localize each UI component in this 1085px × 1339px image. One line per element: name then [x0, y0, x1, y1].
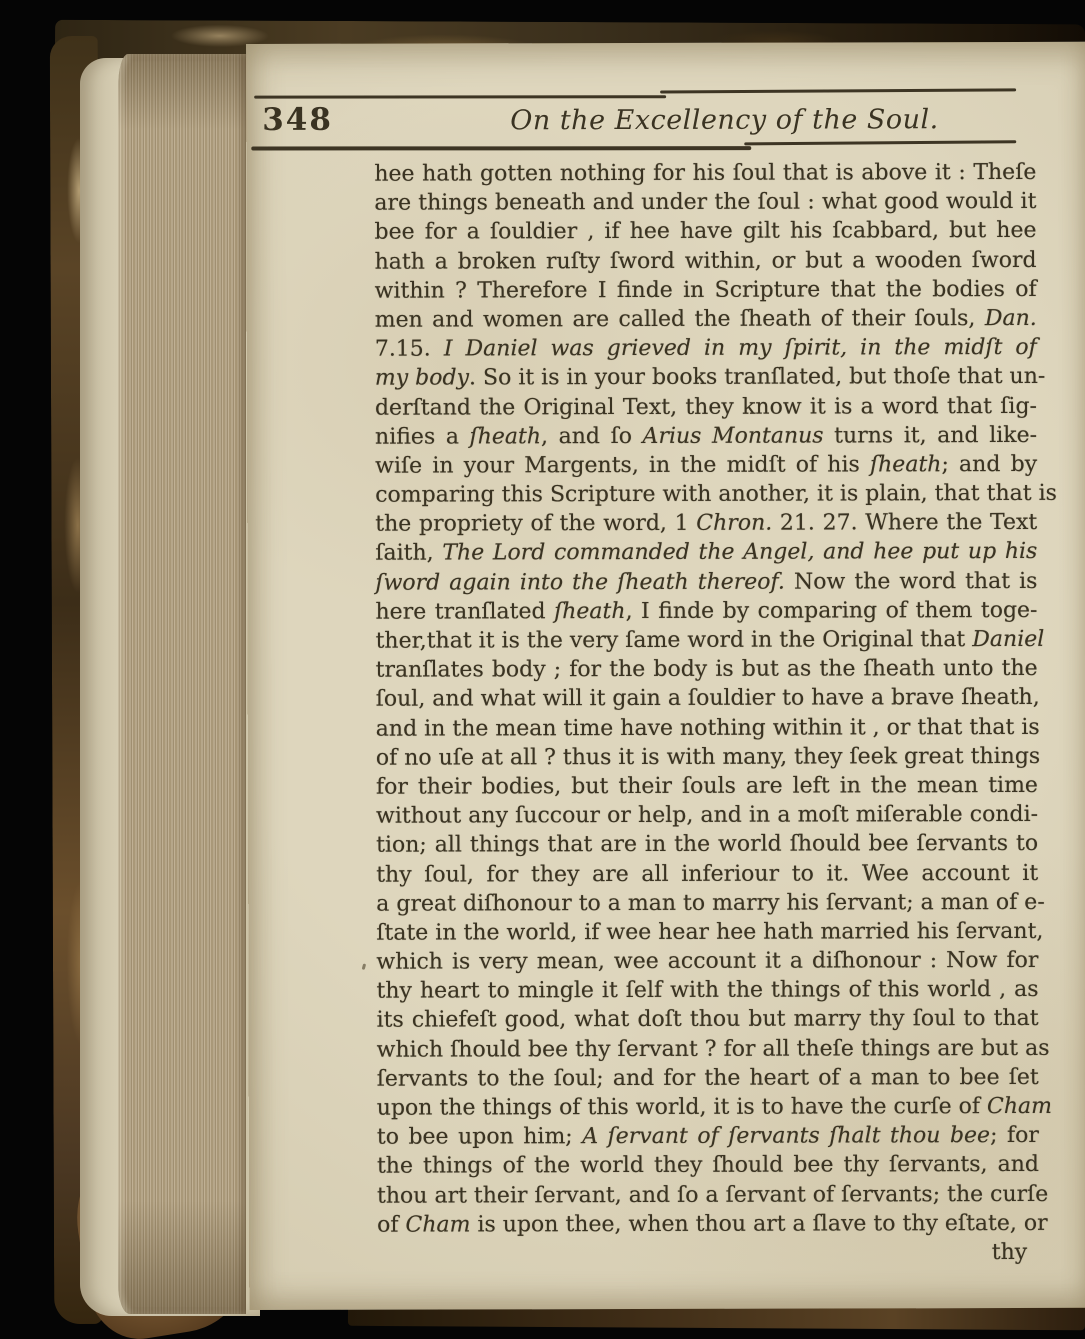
text-line: upon the things of this world, it is to …	[377, 1092, 1039, 1123]
text-line: are things beneath and under the ſoul : …	[374, 187, 1036, 218]
text-line: 7.15. I Daniel was grieved in my ſpirit,…	[375, 333, 1037, 364]
text-line: hath a broken ruſty ſword within, or but…	[375, 245, 1037, 276]
text-line: hee hath gotten nothing for his ſoul tha…	[374, 158, 1036, 189]
text-line: my body. So it is in your books tranſlat…	[375, 362, 1037, 393]
text-line: a great diſhonour to a man to marry his …	[376, 888, 1038, 919]
page-stack-fore-edge	[118, 54, 246, 1314]
text-line: and in the mean time have nothing within…	[376, 712, 1038, 743]
page-number: 348	[262, 102, 333, 138]
text-line: tranſlates body ; for the body is but as…	[376, 654, 1038, 685]
text-line: men and women are called the ſheath of t…	[375, 304, 1037, 335]
text-line: for their bodies, but their ſouls are le…	[376, 771, 1038, 802]
text-line: the propriety of the word, 1 Chron. 21. …	[375, 508, 1037, 539]
text-line: thy heart to mingle it ſelf with the thi…	[376, 975, 1038, 1006]
text-line: ſaith, The Lord commanded the Angel, and…	[375, 537, 1037, 568]
book-photo: 348 On the Excellency of the Soul. hee h…	[0, 0, 1085, 1339]
text-line: here tranſlated ſheath, I finde by compa…	[375, 596, 1037, 627]
text-line: without any ſuccour or help, and in a mo…	[376, 800, 1038, 831]
catchword: thy	[377, 1238, 1039, 1269]
running-title: On the Excellency of the Soul.	[510, 104, 939, 136]
book-page: 348 On the Excellency of the Soul. hee h…	[246, 42, 1085, 1310]
header-rule-top-left	[254, 95, 666, 98]
text-line: its chiefeſt good, what doſt thou but ma…	[377, 1004, 1039, 1035]
text-line: bee for a ſouldier , if hee have gilt hi…	[374, 216, 1036, 247]
photo-background: { "page": { "page_number": "348", "runni…	[0, 0, 1085, 1339]
text-line: tion; all things that are in the world ſ…	[376, 829, 1038, 860]
text-line: wiſe in your Margents, in the midſt of h…	[375, 450, 1037, 481]
header-rule-bottom-right	[744, 140, 1016, 145]
text-line: which is very mean, wee account it a diſ…	[376, 946, 1038, 977]
text-line: thy ſoul, for they are all inferiour to …	[376, 858, 1038, 889]
text-line: ſtate in the world, if wee hear hee hath…	[376, 917, 1038, 948]
text-line: the things of the world they ſhould bee …	[377, 1150, 1039, 1181]
text-line: of Cham is upon thee, when thou art a ſl…	[377, 1209, 1039, 1240]
text-line: ſoul, and what will it gain a ſouldier t…	[376, 683, 1038, 714]
text-line: within ? Therefore I finde in Scripture …	[375, 275, 1037, 306]
text-line: derſtand the Original Text, they know it…	[375, 391, 1037, 422]
text-line: thou art their ſervant, and ſo a ſervant…	[377, 1179, 1039, 1210]
header-rule-bottom-left	[251, 146, 751, 150]
header-rule-top-right	[660, 88, 1016, 93]
text-line: comparing this Scripture with another, i…	[375, 479, 1037, 510]
text-line: ſervants to the ſoul; and for the heart …	[377, 1063, 1039, 1094]
text-line: which ſhould bee thy ſervant ? for all t…	[377, 1034, 1039, 1065]
text-line: ſword again into the ſheath thereof. Now…	[375, 567, 1037, 598]
text-line: ther,that it is the very ſame word in th…	[376, 625, 1038, 656]
text-line: of no uſe at all ? thus it is with many,…	[376, 742, 1038, 773]
text-line: nifies a ſheath, and ſo Arius Montanus t…	[375, 421, 1037, 452]
ink-speck	[362, 963, 366, 970]
text-line: to bee upon him; A ſervant of ſervants ſ…	[377, 1121, 1039, 1152]
text-block: hee hath gotten nothing for his ſoul tha…	[374, 158, 1039, 1269]
